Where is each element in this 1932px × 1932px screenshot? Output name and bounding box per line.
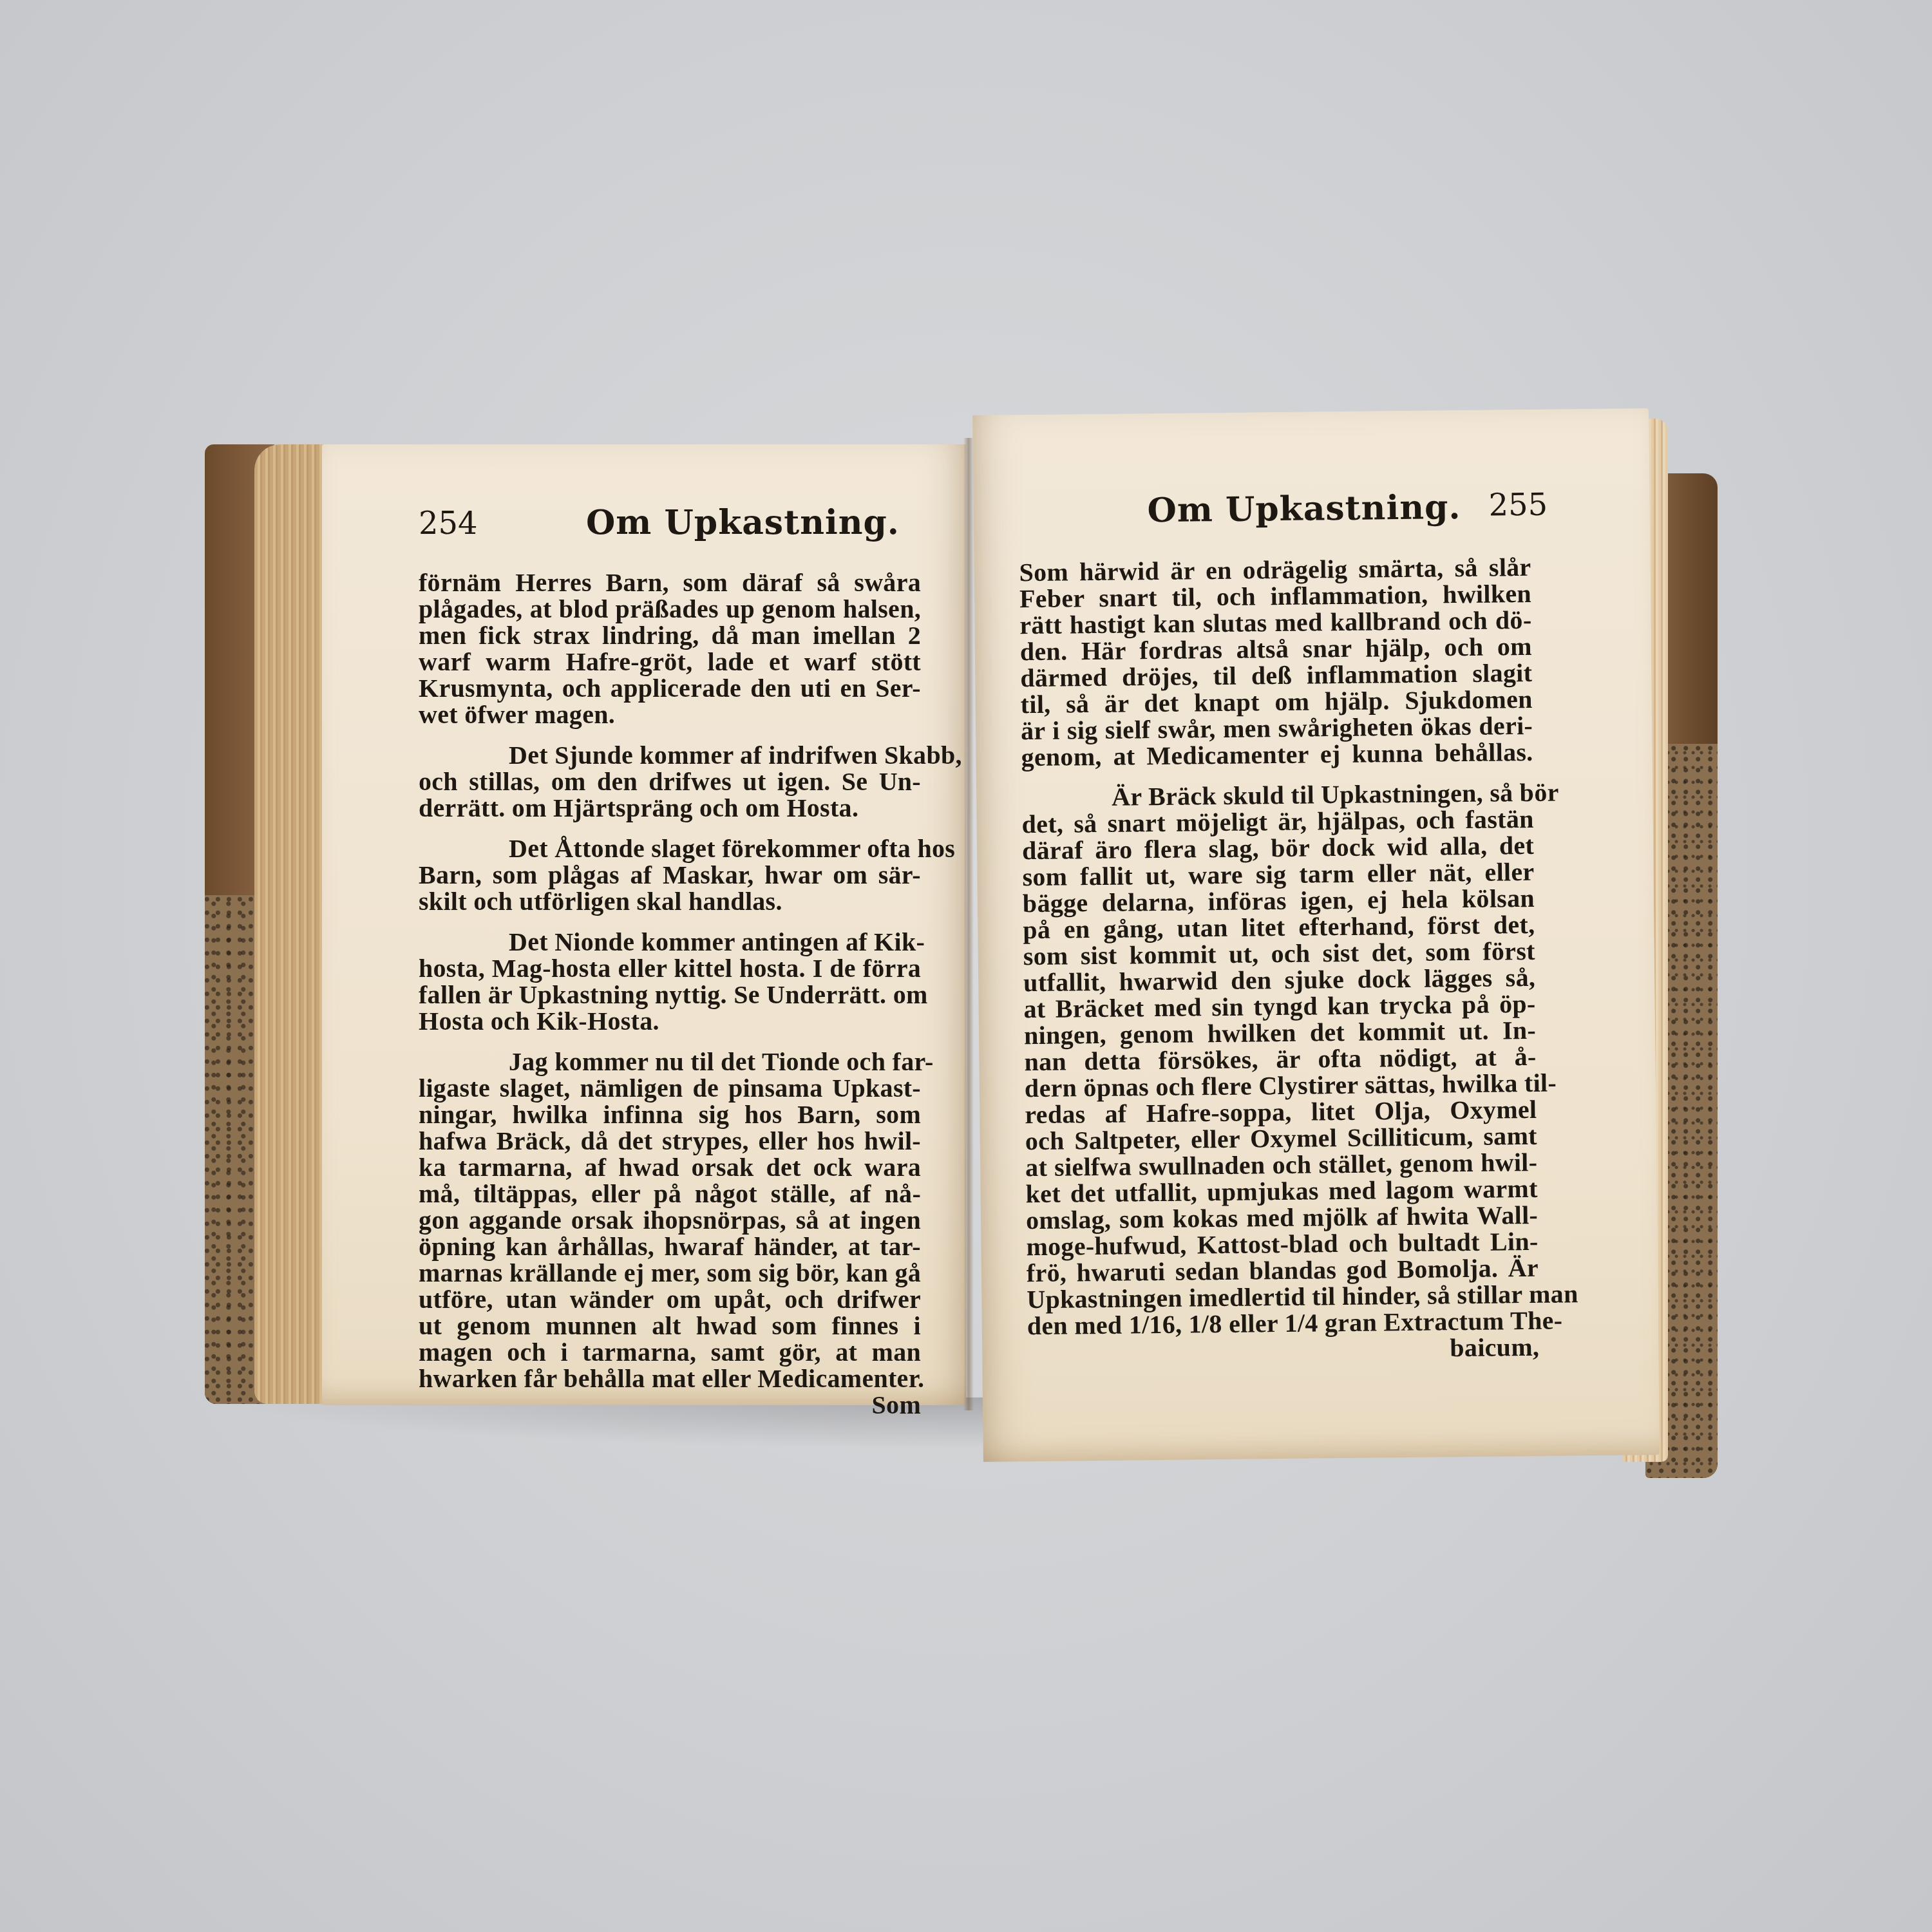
text-line: ningar, hwilka infinna sig hos Barn, som	[419, 1102, 921, 1128]
text-line: Krusmynta, och applicerade den uti en Se…	[419, 676, 921, 702]
text-line: ut genom munnen alt hwad som finnes i	[419, 1313, 921, 1340]
text-line: Det Nionde kommer antingen af Kik-	[419, 929, 921, 956]
text-line: gon aggande orsak ihopsnörpas, så at ing…	[419, 1207, 921, 1234]
text-line: derrätt. om Hjärtspräng och om Hosta.	[419, 795, 921, 822]
text-line: hwarken får behålla mat eller Medicament…	[419, 1366, 921, 1392]
text-line: Jag kommer nu til det Tionde och far-	[419, 1049, 921, 1075]
left-page: 254 Om Upkastning. förnäm Herres Barn, s…	[322, 444, 966, 1405]
right-page-body: Som härwid är en odrägelig smärta, så sl…	[1019, 554, 1539, 1366]
text-line: öpning kan århållas, hwaraf händer, at t…	[419, 1234, 921, 1260]
text-line: förnäm Herres Barn, som däraf så swåra	[419, 570, 921, 596]
text-line: Hosta och Kik-Hosta.	[419, 1009, 921, 1035]
text-line: plågades, at blod präßades up genom hals…	[419, 596, 921, 623]
text-line: och stillas, om den drifwes ut igen. Se …	[419, 769, 921, 795]
gutter	[963, 438, 974, 1410]
text-line: men fick strax lindring, då man imellan …	[419, 623, 921, 649]
text-line: ka tarmarna, af hwad orsak det ock wara	[419, 1155, 921, 1181]
text-line: utföre, utan wänder om upåt, och drifwer	[419, 1287, 921, 1313]
catchword: Som	[419, 1392, 921, 1419]
text-line: skilt och utförligen skal handlas.	[419, 889, 921, 915]
text-line: ligaste slaget, nämligen de pinsama Upka…	[419, 1075, 921, 1102]
left-page-body: förnäm Herres Barn, som däraf så swårapl…	[419, 570, 921, 1419]
text-line: hosta, Mag-hosta eller kittel hosta. I d…	[419, 956, 921, 982]
text-line: warf warm Hafre-gröt, lade et warf stött	[419, 649, 921, 676]
text-line: Barn, som plågas af Maskar, hwar om sär-	[419, 862, 921, 889]
text-line: Det Sjunde kommer af indrifwen Skabb,	[419, 743, 921, 769]
page-number-left: 254	[419, 506, 478, 542]
text-line: fallen är Upkastning nyttig. Se Underrät…	[419, 982, 921, 1009]
right-page-text: Om Upkastning. 255 Som härwid är en odrä…	[1018, 487, 1533, 492]
page-number-right: 255	[1488, 487, 1548, 524]
right-page: Om Upkastning. 255 Som härwid är en odrä…	[972, 408, 1660, 1462]
running-title-right: Om Upkastning.	[1147, 488, 1461, 530]
text-line: må, tiltäppas, eller på något ställe, af…	[419, 1181, 921, 1207]
running-title-left: Om Upkastning.	[586, 503, 900, 542]
text-line: Det Åttonde slaget förekommer ofta hos	[419, 836, 921, 862]
text-line: magen och i tarmarna, samt gör, at man	[419, 1340, 921, 1366]
text-line: marnas krällande ej mer, som sig bör, ka…	[419, 1260, 921, 1287]
text-line: genom, at Medicamenter ej kunna behållas…	[1021, 739, 1533, 771]
text-line: hafwa Bräck, då det strypes, eller hos h…	[419, 1128, 921, 1155]
page-edges-left	[254, 444, 325, 1404]
text-line: wet öfwer magen.	[419, 702, 921, 728]
